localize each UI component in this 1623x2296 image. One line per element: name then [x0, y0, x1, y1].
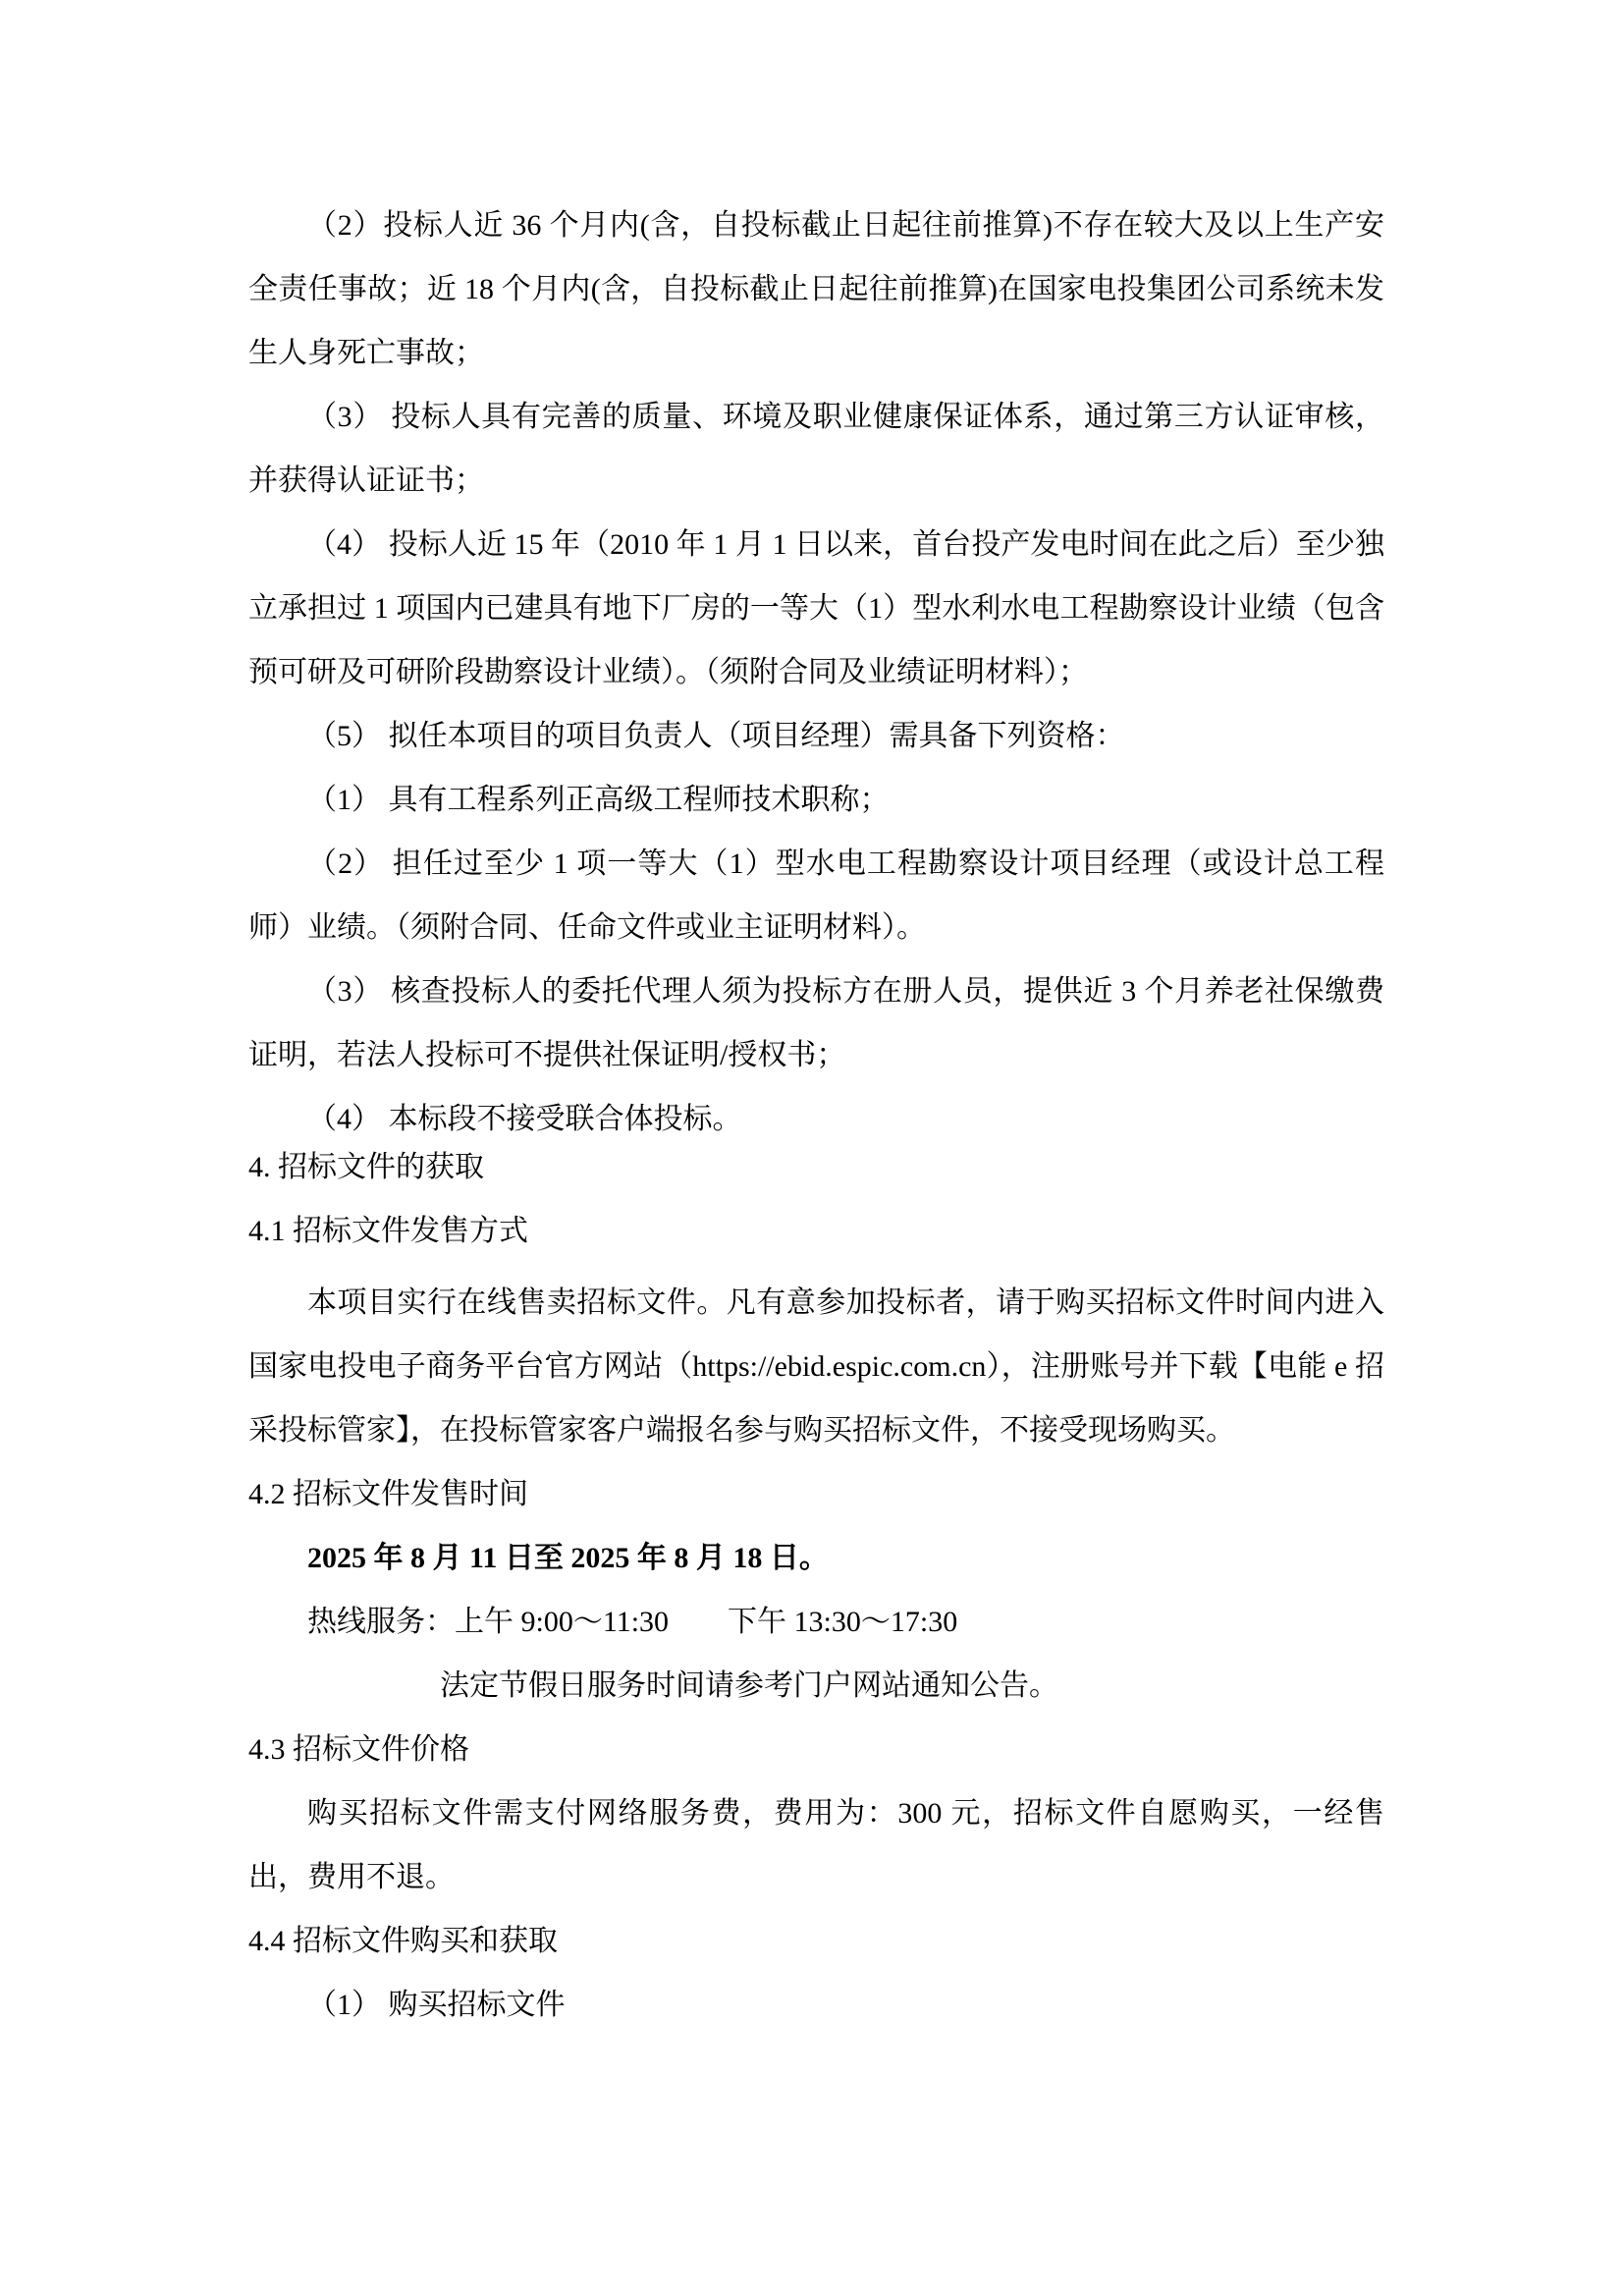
paragraph-hotline-hours: 热线服务：上午 9:00～11:30 下午 13:30～17:30 — [248, 1590, 1384, 1654]
heading-section-4-1: 4.1 招标文件发售方式 — [248, 1199, 1384, 1263]
paragraph-agent-requirement: （3） 核查投标人的委托代理人须为投标方在册人员，提供近 3 个月养老社保缴费证… — [248, 959, 1384, 1087]
document-body: （2）投标人近 36 个月内(含，自投标截止日起往前推算)不存在较大及以上生产安… — [248, 193, 1384, 2037]
heading-section-4-4: 4.4 招标文件购买和获取 — [248, 1909, 1384, 1973]
heading-section-4-2: 4.2 招标文件发售时间 — [248, 1462, 1384, 1526]
heading-section-4: 4. 招标文件的获取 — [248, 1135, 1384, 1199]
paragraph-pm-requirement-2: （2） 担任过至少 1 项一等大（1）型水电工程勘察设计项目经理（或设计总工程师… — [248, 832, 1384, 959]
paragraph-holiday-notice: 法定节假日服务时间请参考门户网站通知公告。 — [248, 1654, 1384, 1718]
paragraph-pm-requirement-1: （1） 具有工程系列正高级工程师技术职称； — [248, 768, 1384, 832]
paragraph-document-price: 购买招标文件需支付网络服务费，费用为：300 元，招标文件自愿购买，一经售出，费… — [248, 1781, 1384, 1909]
paragraph-sale-dates: 2025 年 8 月 11 日至 2025 年 8 月 18 日。 — [248, 1526, 1384, 1590]
document-page: （2）投标人近 36 个月内(含，自投标截止日起往前推算)不存在较大及以上生产安… — [0, 0, 1623, 2296]
heading-section-4-3: 4.3 招标文件价格 — [248, 1718, 1384, 1781]
paragraph-purchase-item-1: （1） 购买招标文件 — [248, 1973, 1384, 2037]
paragraph-qualification-2: （2）投标人近 36 个月内(含，自投标截止日起往前推算)不存在较大及以上生产安… — [248, 193, 1384, 385]
paragraph-qualification-5: （5） 拟任本项目的项目负责人（项目经理）需具备下列资格： — [248, 704, 1384, 768]
paragraph-online-sale: 本项目实行在线售卖招标文件。凡有意参加投标者，请于购买招标文件时间内进入国家电投… — [248, 1271, 1384, 1462]
paragraph-qualification-3: （3） 投标人具有完善的质量、环境及职业健康保证体系，通过第三方认证审核，并获得… — [248, 385, 1384, 513]
paragraph-qualification-4: （4） 投标人近 15 年（2010 年 1 月 1 日以来，首台投产发电时间在… — [248, 513, 1384, 704]
